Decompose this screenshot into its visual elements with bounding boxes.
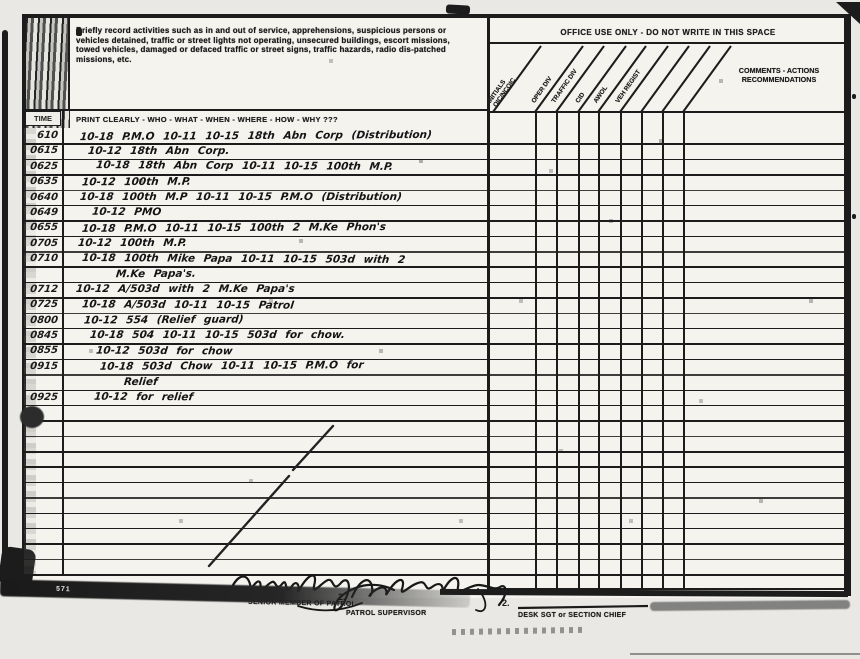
entry-time: 0625 bbox=[23, 161, 58, 172]
grid-line-v bbox=[620, 112, 622, 589]
grid-line-v bbox=[641, 112, 643, 589]
scan-dot-right-1 bbox=[852, 94, 856, 99]
entry-time: 0649 bbox=[23, 207, 58, 218]
entry-text: 10-12 100th M.P. bbox=[81, 175, 191, 188]
grid-line-h bbox=[24, 420, 845, 422]
entry-text: 10-18 18th Abn Corp 10-11 10-15 100th M.… bbox=[95, 159, 393, 173]
grid-line-h bbox=[24, 513, 845, 515]
entry-header: PRINT CLEARLY - WHO - WHAT - WHEN - WHER… bbox=[76, 115, 338, 124]
entry-text: M.Ke Papa's. bbox=[115, 268, 196, 280]
grid-line-v bbox=[556, 112, 558, 589]
instruction-box-left-line bbox=[68, 18, 70, 110]
signature-prefix-patrol-supervisor: 2. bbox=[338, 592, 346, 602]
entry-text: 10-18 503d Chow 10-11 10-15 P.M.O for bbox=[99, 359, 364, 373]
entry-time: 0845 bbox=[23, 330, 58, 341]
entry-time: 0712 bbox=[23, 284, 58, 295]
bottom-right-faint-line bbox=[630, 653, 860, 655]
grid-line-v bbox=[535, 112, 537, 589]
grid-line-h bbox=[24, 497, 845, 499]
grid-line-h bbox=[24, 559, 845, 561]
entry-text: 10-12 100th M.P. bbox=[77, 237, 187, 249]
entry-time: 0615 bbox=[23, 145, 58, 156]
entry-text: 10-12 503d for chow bbox=[95, 344, 233, 357]
entry-text: 10-18 100th M.P 10-11 10-15 P.M.O (Distr… bbox=[79, 191, 402, 203]
grid-line-h bbox=[24, 405, 845, 407]
grid-line-h bbox=[24, 436, 845, 438]
grid-line-h bbox=[24, 528, 845, 530]
entry-time: 0800 bbox=[23, 315, 58, 326]
entry-time: 0915 bbox=[23, 361, 58, 372]
entry-text: 10-12 554 (Relief guard) bbox=[83, 314, 244, 327]
office-use-header: OFFICE USE ONLY - DO NOT WRITE IN THIS S… bbox=[492, 28, 844, 37]
entry-text: 10-12 PMO bbox=[91, 206, 162, 218]
scan-mark-small bbox=[76, 28, 82, 36]
comments-header: COMMENTS - ACTIONS RECOMMENDATIONS bbox=[716, 66, 842, 84]
time-header: TIME bbox=[25, 111, 61, 126]
entry-text: 10-18 P.M.O 10-11 10-15 18th Abn Corp (D… bbox=[79, 128, 432, 142]
form-instructions: Briefly record activities such as in and… bbox=[76, 26, 468, 64]
entry-time: 0705 bbox=[23, 238, 58, 249]
entry-text: 10-18 504 10-11 10-15 503d for chow. bbox=[89, 329, 345, 341]
scan-noise-speckles bbox=[0, 0, 2, 2]
bottom-smudge-right bbox=[650, 600, 850, 611]
entry-text: 10-18 100th Mike Papa 10-11 10-15 503d w… bbox=[81, 252, 406, 266]
form-number: 571 bbox=[56, 586, 71, 593]
grid-line-h bbox=[24, 543, 845, 545]
grid-line-h bbox=[24, 574, 845, 576]
grid-line-h bbox=[24, 482, 845, 484]
entry-time: 610 bbox=[23, 130, 58, 141]
grid-line-v bbox=[662, 112, 664, 589]
office-use-underline bbox=[488, 42, 845, 44]
grid-line-v bbox=[598, 112, 600, 589]
scan-dot-right-2 bbox=[852, 214, 856, 219]
entry-time: 0710 bbox=[23, 253, 58, 264]
grid-line-v bbox=[578, 112, 580, 589]
entry-text: 10-12 A/503d with 2 M.Ke Papa's bbox=[75, 283, 295, 295]
header-row-top-line bbox=[22, 109, 488, 111]
scanned-desk-journal-page: Briefly record activities such as in and… bbox=[0, 0, 860, 659]
grid-line-h bbox=[488, 111, 845, 113]
entry-time: 0635 bbox=[23, 176, 58, 187]
hole-punch-blob bbox=[20, 406, 44, 428]
grid-line-h bbox=[24, 451, 845, 453]
grid-line-h bbox=[24, 466, 845, 468]
scan-mark-top-center bbox=[446, 4, 470, 14]
entry-time: 0655 bbox=[23, 222, 58, 233]
entry-text: 10-18 P.M.O 10-11 10-15 100th 2 M.Ke Pho… bbox=[81, 221, 386, 235]
entry-text: 10-12 18th Abn Corp. bbox=[87, 145, 230, 157]
scan-edge-line bbox=[2, 30, 8, 558]
entry-time: 0640 bbox=[23, 192, 58, 203]
form-border-top bbox=[22, 14, 850, 18]
signature-label-patrol-supervisor: PATROL SUPERVISOR bbox=[346, 610, 426, 617]
signature-prefix-desk-sgt: 2. bbox=[502, 598, 510, 608]
entry-time: 0725 bbox=[23, 299, 58, 310]
signature-label-desk-sgt: DESK SGT or SECTION CHIEF bbox=[518, 612, 626, 619]
entry-text: Relief bbox=[123, 376, 158, 388]
form-border-right bbox=[844, 14, 851, 596]
entry-time: 0855 bbox=[23, 345, 58, 356]
bottom-noise-marks bbox=[452, 627, 582, 635]
grid-line-v bbox=[683, 112, 685, 589]
desk-sgt-signature-line bbox=[518, 606, 648, 608]
entry-text: 10-12 for relief bbox=[93, 391, 193, 404]
entry-time: 0925 bbox=[23, 392, 58, 403]
entry-text: 10-18 A/503d 10-11 10-15 Patrol bbox=[81, 298, 294, 311]
